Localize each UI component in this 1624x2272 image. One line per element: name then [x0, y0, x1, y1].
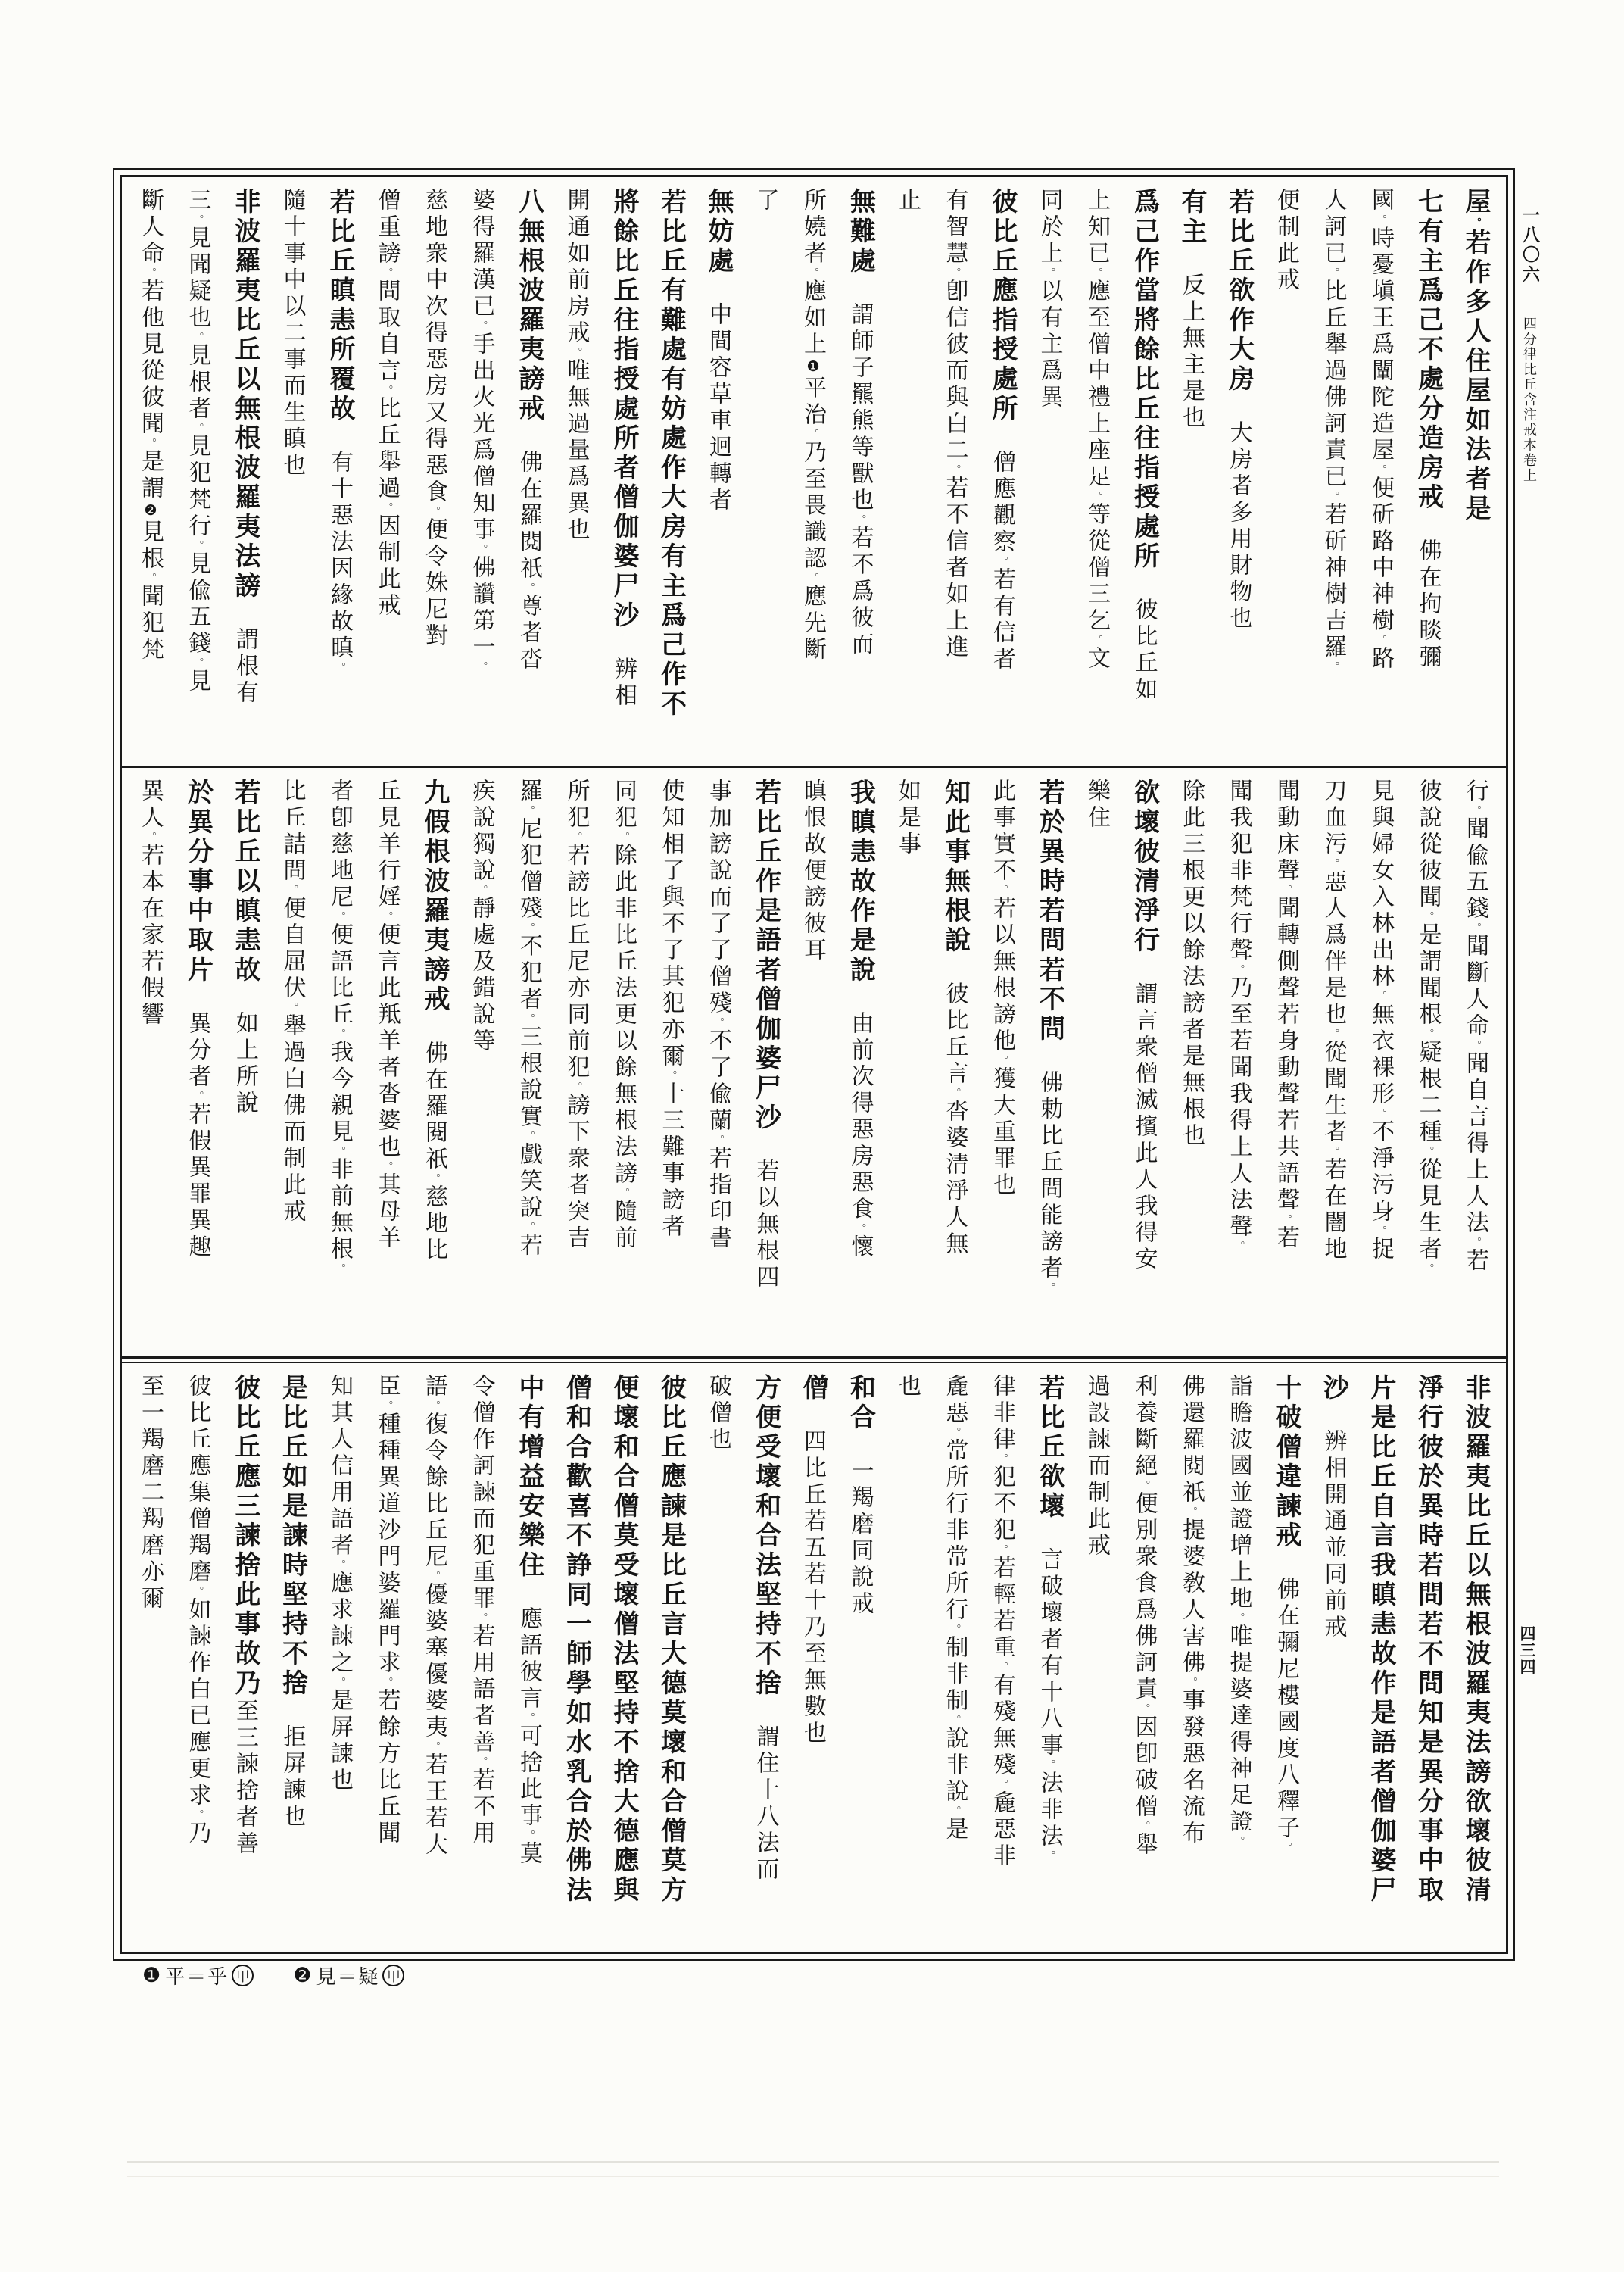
commentary-text: 此事實不。若以無根謗他。獲大重罪也 [990, 779, 1015, 1199]
punctuation-mark: 。 [192, 1586, 204, 1597]
text-column: 至一羯磨二羯磨亦爾 [126, 1374, 174, 1949]
text-column: 斷人命。若他見從彼聞。是謂❷見根。聞犯梵 [126, 188, 174, 763]
commentary-text: 人訶已。比丘舉過佛訶責已。若斫神樹吉羅。 [1321, 188, 1346, 673]
precept-text: 便壞和合僧莫受壞僧法堅持不捨大德應與 [609, 1374, 637, 1905]
text-column: 疾說獨說。靜處及錯說等 [457, 779, 505, 1353]
text-column: 中有增益安樂住應語彼言。可捨此事。莫 [505, 1374, 553, 1949]
punctuation-mark: 。 [192, 332, 204, 343]
commentary-text: 瞋恨故便謗彼耳 [800, 779, 825, 964]
commentary-text: 辨相 [611, 657, 636, 710]
precept-text: 彼比丘應指授處所 [988, 188, 1016, 424]
precept-text: 和合 [846, 1374, 874, 1433]
text-column: 非波羅夷比丘以無根波羅夷法謗謂根有 [221, 188, 269, 763]
precept-text: 若比丘以瞋恚故 [231, 779, 259, 985]
precept-text: 七有主爲己不處分造房戒 [1414, 188, 1442, 513]
commentary-text: 破僧也 [706, 1374, 731, 1453]
footnote-text: 平＝乎 [165, 1961, 229, 1990]
text-column: 片是比丘自言我瞋恚故作是語者僧伽婆尸 [1357, 1374, 1404, 1949]
punctuation-mark: 。 [523, 922, 535, 934]
punctuation-mark: 。 [1186, 1506, 1197, 1518]
commentary-text: 佛在拘睒彌 [1416, 538, 1441, 671]
precept-text: 九假根波羅夷謗戒 [420, 779, 448, 1015]
text-column: 於異分事中取片異分者。若假異罪異趣 [173, 779, 221, 1353]
punctuation-mark: 。 [334, 662, 345, 673]
precept-text: 有主 [1177, 188, 1205, 247]
text-column: 開通如前房戒。唯無過量爲異也 [552, 188, 600, 763]
commentary-text: 謂住十八法而 [753, 1724, 778, 1883]
punctuation-mark: 。 [712, 1134, 724, 1146]
band-bottom: 非波羅夷比丘以無根波羅夷法謗欲壞彼清淨行彼於異時若問若不問知是異分事中取片是比丘… [122, 1363, 1506, 1952]
commentary-text: 至一羯磨二羯磨亦爾 [138, 1374, 163, 1612]
collation-footnote: ❶ 平＝乎 甲 ❷ 見＝疑 甲 [142, 1961, 444, 1990]
punctuation-mark: 。 [476, 1756, 488, 1768]
commentary-text: 止 [895, 188, 920, 214]
band-middle: 行。聞偸五錢。聞斷人命。聞自言得上人法。若彼說從彼聞。是謂聞根。疑根二種。從見生… [122, 768, 1506, 1356]
commentary-text: 樂住 [1084, 779, 1109, 832]
punctuation-mark: 。 [1375, 214, 1386, 226]
text-column: 人訶已。比丘舉過佛訶責已。若斫神樹吉羅。 [1309, 188, 1357, 763]
text-column: 慈地衆中次得惡房又得惡食。便令姝尼對 [410, 188, 458, 763]
precept-text: 若於異時若問若不問 [1036, 779, 1064, 1044]
precept-text: 無妨處 [704, 188, 732, 276]
punctuation-mark: 。 [996, 1453, 1008, 1465]
commentary-text: 言破壞者有十八事。法非法。 [1037, 1547, 1062, 1862]
punctuation-mark: 。 [1280, 1214, 1292, 1225]
punctuation-mark: 。 [1423, 1146, 1434, 1157]
text-column: 行。聞偸五錢。聞斷人命。聞自言得上人法。若 [1451, 779, 1499, 1353]
punctuation-mark: 。 [1044, 1850, 1055, 1862]
commentary-text: 比丘詰問。便自屈伏。舉過白佛而制此戒 [280, 779, 305, 1225]
text-column: 僧和合歡喜不諍同一師學如水乳合於佛法 [552, 1374, 600, 1949]
punctuation-mark: 。 [334, 911, 345, 922]
commentary-text: 大房者多用財物也 [1227, 420, 1252, 632]
punctuation-mark: 。 [949, 1715, 961, 1726]
commentary-text: 同於上。以有主爲異 [1037, 188, 1062, 411]
text-column: 知此事無根說彼比丘言。沓婆清淨人無 [930, 779, 978, 1353]
text-frame-inner: 屋。若作多人住屋如法者是七有主爲己不處分造房戒佛在拘睒彌國。時憂塡王爲闡陀造屋。… [120, 175, 1508, 1954]
text-column: 同於上。以有主爲異 [1025, 188, 1073, 763]
commentary-text: 羅。尼犯僧殘。不犯者。三根說實。戲笑說。若 [516, 779, 541, 1259]
commentary-text: 彼比丘言。沓婆清淨人無 [943, 982, 968, 1258]
precept-text: 片是比丘自言我瞋恚故作是語者僧伽婆尸 [1367, 1374, 1395, 1905]
precept-text: 將餘比丘往指授處所者僧伽婆尸沙 [609, 188, 637, 631]
commentary-text: 慈地衆中次得惡房又得惡食。便令姝尼對 [422, 188, 447, 650]
commentary-text: 丘見羊行婬。便言此羝羊者沓婆也。其母羊 [375, 779, 400, 1252]
punctuation-mark: 。 [996, 1055, 1008, 1066]
book-title: 四分律比丘含注戒本卷上 [1522, 317, 1537, 483]
text-column: 詣瞻波國並證增上地。唯提婆達得神足證。 [1214, 1374, 1262, 1949]
punctuation-mark: 。 [1091, 635, 1102, 646]
punctuation-mark: 。 [996, 885, 1008, 896]
text-column: 屋。若作多人住屋如法者是 [1451, 188, 1499, 763]
punctuation-mark: 。 [949, 1805, 961, 1817]
commentary-text: 臣。種種異道沙門婆羅門求。若餘方比丘聞 [375, 1374, 400, 1847]
punctuation-mark: 。 [996, 1779, 1008, 1790]
commentary-text: 彼比丘應集僧羯磨。如諫作白已應更求。乃 [185, 1374, 210, 1847]
text-column: 過設諫而制此戒 [1073, 1374, 1121, 1949]
text-column: 刀血污。惡人爲伴是也。從聞生者。若在闇地 [1309, 779, 1357, 1353]
precept-text: 方便受壞和合法堅持不捨 [752, 1374, 780, 1699]
text-column: 和合一羯磨同說戒 [836, 1374, 884, 1949]
text-column: 十破僧違諫戒佛在彌尼樓國度八釋子。 [1262, 1374, 1310, 1949]
punctuation-mark: 。 [1328, 858, 1339, 869]
punctuation-mark: 。 [382, 267, 393, 279]
text-column: 聞動床聲。聞轉側聲若身動聲若共語聲。若 [1262, 779, 1310, 1353]
commentary-text: 聞動床聲。聞轉側聲若身動聲若共語聲。若 [1273, 779, 1298, 1252]
commentary-text: 佛在羅閱祇。慈地比 [422, 1041, 447, 1264]
footnote-entry: ❷ 見＝疑 甲 [293, 1961, 404, 1990]
punctuation-mark: 。 [192, 657, 204, 669]
commentary-text: 了 [753, 188, 778, 214]
punctuation-mark: 。 [476, 320, 488, 332]
punctuation-mark: 。 [192, 540, 204, 551]
commentary-text: 行。聞偸五錢。聞斷人命。聞自言得上人法。若 [1463, 779, 1488, 1275]
text-column: 瞋恨故便謗彼耳 [789, 779, 837, 1353]
text-column: 婆得羅漢已。手出火光爲僧知事。佛讚第一。 [457, 188, 505, 763]
text-column: 若比丘欲作大房大房者多用財物也 [1214, 188, 1262, 763]
commentary-text: 令僧作訶諫而犯重罪。若用語者善。若不用 [469, 1374, 494, 1847]
punctuation-mark: 。 [1328, 267, 1339, 279]
precept-text: 彼比丘應諫是比丘言大德莫壞和合僧莫方 [657, 1374, 685, 1905]
punctuation-mark: 。 [429, 1741, 440, 1752]
text-column: 聞我犯非梵行聲。乃至若聞我得上人法聲。 [1214, 779, 1262, 1353]
text-column: 除此三根更以餘法謗者是無根也 [1167, 779, 1215, 1353]
punctuation-mark: 。 [665, 1070, 677, 1081]
margin-folio-number: 四三四 [1516, 1625, 1538, 1675]
commentary-text: 有十惡法因緣故瞋。 [327, 450, 352, 673]
precept-text: 無難處 [846, 188, 874, 276]
punctuation-mark: 。 [1233, 964, 1245, 975]
text-column: 破僧也 [694, 1374, 742, 1949]
text-column: 彼比丘應指授處所僧應觀察。若有信者 [978, 188, 1026, 763]
punctuation-mark: 。 [1328, 1028, 1339, 1040]
commentary-text: 佛還羅閱祇。提婆敎人害佛。事發惡名流布 [1179, 1374, 1204, 1847]
text-column: 見與婦女入林出林。無衣裸形。不淨污身。捉 [1357, 779, 1404, 1353]
text-column: 異人。若本在家若假響 [126, 779, 174, 1353]
commentary-text: 彼比丘如 [1132, 598, 1157, 704]
punctuation-mark: 。 [523, 1222, 535, 1233]
punctuation-mark: 。 [1375, 1108, 1386, 1119]
text-column: 彼說從彼聞。是謂聞根。疑根二種。從見生者。 [1404, 779, 1451, 1353]
punctuation-mark: 。 [1233, 1836, 1245, 1847]
text-column: 三。見聞疑也。見根者。見犯梵行。見偸五錢。見 [173, 188, 221, 763]
text-column: 便壞和合僧莫受壞僧法堅持不捨大德應與 [600, 1374, 647, 1949]
commentary-text: 至三諫捨者善 [232, 1699, 257, 1858]
punctuation-mark: 。 [949, 1427, 961, 1438]
text-column: 樂住 [1073, 779, 1121, 1353]
punctuation-mark: 。 [523, 1830, 535, 1841]
text-column: 將餘比丘往指授處所者僧伽婆尸沙辨相 [600, 188, 647, 763]
punctuation-mark: 。 [807, 267, 818, 279]
commentary-text: 過設諫而制此戒 [1084, 1374, 1109, 1559]
punctuation-mark: 。 [1375, 1225, 1386, 1237]
text-column: 上知已。應至僧中禮上座足。等從僧三乞。文 [1073, 188, 1121, 763]
commentary-text: 謂言衆僧滅擯此人我得安 [1132, 982, 1157, 1273]
text-column: 無難處謂師子羆熊等獸也。若不爲彼而 [836, 188, 884, 763]
punctuation-mark: 。 [571, 347, 582, 358]
text-column: 無妨處中間容草車迴轉者 [694, 188, 742, 763]
precept-text: 淨行彼於異時若問若不問知是異分事中取 [1414, 1374, 1442, 1905]
precept-text: 八無根波羅夷謗戒 [515, 188, 543, 424]
text-column: 利養斷絕。便別衆食爲佛訶責。因卽破僧。舉 [1120, 1374, 1167, 1949]
punctuation-mark: 。 [382, 1400, 393, 1412]
precept-text: 屋。若作多人住屋如法者是 [1461, 188, 1489, 524]
punctuation-mark: 。 [1139, 1703, 1150, 1715]
text-column: 同犯。除此非比丘法更以餘無根法謗。隨前 [600, 779, 647, 1353]
text-column: 也 [884, 1374, 931, 1949]
scanned-page: 屋。若作多人住屋如法者是七有主爲己不處分造房戒佛在拘睒彌國。時憂塡王爲闡陀造屋。… [0, 0, 1624, 2272]
text-column: 語。復令餘比丘尼。優婆塞優婆夷。若王若大 [410, 1374, 458, 1949]
text-column: 事加謗說而了了僧殘。不了偸蘭。若指印書 [694, 779, 742, 1353]
punctuation-mark: 。 [334, 1263, 345, 1275]
punctuation-mark: 。 [1186, 1677, 1197, 1688]
text-column: 欲壞彼清淨行謂言衆僧滅擯此人我得安 [1120, 779, 1167, 1353]
commentary-text: 若以無根四 [753, 1159, 778, 1291]
commentary-text: 斷人命。若他見從彼聞。是謂❷見根。聞犯梵 [138, 188, 163, 663]
text-column: 非波羅夷比丘以無根波羅夷法謗欲壞彼清 [1451, 1374, 1499, 1949]
punctuation-mark: 。 [1423, 1028, 1434, 1040]
punctuation-mark: 。 [996, 1544, 1008, 1556]
punctuation-mark: 。 [807, 429, 818, 440]
text-column: 丘見羊行婬。便言此羝羊者沓婆也。其母羊 [363, 779, 410, 1353]
commentary-text: 疾說獨說。靜處及錯說等 [469, 779, 494, 1055]
commentary-text: 使知相了與不了其犯亦爾。十三難事謗者 [659, 779, 684, 1241]
punctuation-mark: 。 [145, 573, 156, 584]
text-column: 是比丘如是諫時堅持不捨拒屏諫也 [268, 1374, 316, 1949]
text-column: 七有主爲己不處分造房戒佛在拘睒彌 [1404, 188, 1451, 763]
text-column: 有智慧。卽信彼而與白二。若不信者如上進 [930, 188, 978, 763]
text-column: 所嬈者。應如上❶平治。乃至畏識認。應先斷 [789, 188, 837, 763]
precept-text: 非波羅夷比丘以無根波羅夷法謗 [231, 188, 259, 601]
precept-text: 僧和合歡喜不諍同一師學如水乳合於佛法 [563, 1374, 591, 1905]
punctuation-mark: 。 [1375, 464, 1386, 476]
text-column: 若比丘作是語者僧伽婆尸沙若以無根四 [741, 779, 789, 1353]
precept-text: 若比丘有難處有妨處作大房有主爲己作不 [657, 188, 685, 719]
scan-artifact-line [127, 2176, 1499, 2177]
text-column: 若於異時若問若不問佛勅比丘問能謗者。 [1025, 779, 1073, 1353]
text-column: 所犯。若謗比丘尼亦同前犯。謗下衆者突吉 [552, 779, 600, 1353]
commentary-text: 異人。若本在家若假響 [138, 779, 163, 1028]
punctuation-mark: 。 [523, 805, 535, 816]
punctuation-mark: 。 [949, 1088, 961, 1099]
precept-text: 中有增益安樂住 [515, 1374, 543, 1581]
punctuation-mark: 。 [1470, 922, 1481, 934]
punctuation-mark: 。 [334, 1146, 345, 1157]
punctuation-mark: 。 [1233, 1612, 1245, 1624]
commentary-text: 四比丘若五若十乃至無數也 [800, 1429, 825, 1747]
punctuation-mark: 。 [382, 1677, 393, 1688]
precept-text: 知此事無根說 [941, 779, 969, 956]
punctuation-mark: 。 [192, 1809, 204, 1821]
commentary-text: 反上無主是也 [1179, 273, 1204, 432]
punctuation-mark: 。 [618, 832, 629, 843]
punctuation-mark: 。 [1470, 217, 1481, 229]
commentary-text: 知其人信用語者。應求諫之。是屏諫也 [327, 1374, 352, 1794]
commentary-text: 三。見聞疑也。見根者。見犯梵行。見偸五錢。見 [185, 188, 210, 695]
punctuation-mark: 。 [429, 506, 440, 517]
text-column: 臣。種種異道沙門婆羅門求。若餘方比丘聞 [363, 1374, 410, 1949]
punctuation-mark: 。 [807, 573, 818, 584]
text-column: 八無根波羅夷謗戒佛在羅閱祇。尊者沓 [505, 188, 553, 763]
commentary-text: 上知已。應至僧中禮上座足。等從僧三乞。文 [1084, 188, 1109, 673]
punctuation-mark: 。 [476, 544, 488, 555]
commentary-text: 所嬈者。應如上❶平治。乃至畏識認。應先斷 [800, 188, 825, 663]
commentary-text: 事加謗說而了了僧殘。不了偸蘭。若指印書 [706, 779, 731, 1252]
punctuation-mark: 。 [192, 423, 204, 434]
punctuation-mark: 。 [145, 267, 156, 279]
commentary-text: 由前次得惡房惡食。懷 [848, 1011, 873, 1261]
text-column: 了 [741, 188, 789, 763]
text-column: 淨行彼於異時若問若不問知是異分事中取 [1404, 1374, 1451, 1949]
punctuation-mark: 。 [1375, 635, 1386, 646]
footnote-ref-marker: ❷ [142, 502, 158, 520]
commentary-text: 謂師子羆熊等獸也。若不爲彼而 [848, 302, 873, 658]
commentary-text: 拒屏諫也 [280, 1724, 305, 1830]
punctuation-mark: 。 [1423, 1263, 1434, 1275]
commentary-text: 辨相開通並同前戒 [1321, 1429, 1346, 1641]
punctuation-mark: 。 [1091, 491, 1102, 502]
punctuation-mark: 。 [996, 1662, 1008, 1673]
commentary-text: 語。復令餘比丘尼。優婆塞優婆夷。若王若大 [422, 1374, 447, 1858]
punctuation-mark: 。 [1044, 267, 1055, 279]
text-column: 使知相了與不了其犯亦爾。十三難事謗者 [647, 779, 694, 1353]
precept-text: 若比丘作是語者僧伽婆尸沙 [752, 779, 780, 1133]
text-column: 九假根波羅夷謗戒佛在羅閱祇。慈地比 [410, 779, 458, 1353]
text-column: 沙辨相開通並同前戒 [1309, 1374, 1357, 1949]
text-column: 爲己作當將餘比丘往指授處所彼比丘如 [1120, 188, 1167, 763]
punctuation-mark: 。 [1328, 1146, 1339, 1157]
punctuation-mark: 。 [1091, 267, 1102, 279]
text-column: 彼比丘應集僧羯磨。如諫作白已應更求。乃 [173, 1374, 221, 1949]
band-top: 屋。若作多人住屋如法者是七有主爲己不處分造房戒佛在拘睒彌國。時憂塡王爲闡陀造屋。… [122, 177, 1506, 766]
commentary-text: 國。時憂塡王爲闡陀造屋。便斫路中神樹。路 [1368, 188, 1393, 673]
commentary-text: 除此三根更以餘法謗者是無根也 [1179, 779, 1204, 1150]
punctuation-mark: 。 [618, 1187, 629, 1199]
footnote-text: 見＝疑 [316, 1961, 379, 1990]
punctuation-mark: 。 [287, 885, 298, 896]
precept-text: 若比丘瞋恚所覆故 [326, 188, 354, 424]
commentary-text: 應語彼言。可捨此事。莫 [516, 1606, 541, 1868]
precept-text: 僧 [799, 1374, 827, 1403]
commentary-text: 刀血污。惡人爲伴是也。從聞生者。若在闇地 [1321, 779, 1346, 1263]
punctuation-mark: 。 [1470, 1040, 1481, 1051]
punctuation-mark: 。 [382, 1161, 393, 1172]
text-column: 彼比丘應三諫捨此事故乃至三諫捨者善 [221, 1374, 269, 1949]
footnote-ref-marker: ❶ [805, 358, 821, 376]
commentary-text: 聞我犯非梵行聲。乃至若聞我得上人法聲。 [1227, 779, 1252, 1252]
precept-text: 若比丘欲作大房 [1225, 188, 1253, 395]
punctuation-mark: 。 [523, 582, 535, 594]
text-column: 令僧作訶諫而犯重罪。若用語者善。若不用 [457, 1374, 505, 1949]
punctuation-mark: 。 [476, 1612, 488, 1624]
text-column: 若比丘以瞋恚故如上所說 [221, 779, 269, 1353]
precept-text: 非波羅夷比丘以無根波羅夷法謗欲壞彼清 [1461, 1374, 1489, 1905]
precept-text: 我瞋恚故作是說 [846, 779, 874, 985]
edition-mark-circled: 甲 [382, 1965, 404, 1986]
commentary-text: 佛在彌尼樓國度八釋子。 [1273, 1577, 1298, 1853]
punctuation-mark: 。 [1328, 491, 1339, 502]
precept-text: 十破僧違諫戒 [1272, 1374, 1300, 1551]
punctuation-mark: 。 [1470, 805, 1481, 816]
punctuation-mark: 。 [1280, 1842, 1292, 1853]
punctuation-mark: 。 [476, 661, 488, 673]
precept-text: 爲己作當將餘比丘往指授處所 [1130, 188, 1158, 572]
text-column: 便制此戒 [1262, 188, 1310, 763]
punctuation-mark: 。 [192, 1091, 204, 1102]
text-column: 若比丘有難處有妨處作大房有主爲己作不 [647, 188, 694, 763]
commentary-text: 律非律。犯不犯。若輕若重。有殘無殘。麁惡非 [990, 1374, 1015, 1870]
punctuation-mark: 。 [712, 1017, 724, 1028]
text-column: 止 [884, 188, 931, 763]
scan-artifact-line [127, 2161, 1499, 2163]
punctuation-mark: 。 [429, 1173, 440, 1184]
text-column: 彼比丘應諫是比丘言大德莫壞和合僧莫方 [647, 1374, 694, 1949]
commentary-text: 婆得羅漢已。手出火光爲僧知事。佛讚第一。 [469, 188, 494, 673]
punctuation-mark: 。 [382, 502, 393, 513]
commentary-text: 見與婦女入林出林。無衣裸形。不淨污身。捉 [1368, 779, 1393, 1263]
commentary-text: 謂根有 [232, 627, 257, 707]
text-frame: 屋。若作多人住屋如法者是七有主爲己不處分造房戒佛在拘睒彌國。時憂塡王爲闡陀造屋。… [113, 168, 1515, 1961]
commentary-text: 開通如前房戒。唯無過量爲異也 [564, 188, 589, 544]
commentary-text: 麁惡。常所行非常所行。制非制。說非說。是 [943, 1374, 968, 1843]
punctuation-mark: 。 [334, 1028, 345, 1040]
commentary-text: 一羯磨同說戒 [848, 1459, 873, 1618]
punctuation-mark: 。 [192, 214, 204, 226]
text-column: 者卽慈地尼。便語比丘。我今親見。非前無根。 [316, 779, 363, 1353]
precept-text: 於異分事中取片 [184, 779, 212, 985]
punctuation-mark: 。 [1470, 1237, 1481, 1248]
text-column: 有主反上無主是也 [1167, 188, 1215, 763]
punctuation-mark: 。 [1044, 1759, 1055, 1771]
text-column: 麁惡。常所行非常所行。制非制。說非說。是 [930, 1374, 978, 1949]
text-column: 若比丘瞋恚所覆故有十惡法因緣故瞋。 [316, 188, 363, 763]
punctuation-mark: 。 [523, 1013, 535, 1025]
text-column: 僧四比丘若五若十乃至無數也 [789, 1374, 837, 1949]
punctuation-mark: 。 [382, 385, 393, 396]
punctuation-mark: 。 [334, 1559, 345, 1571]
punctuation-mark: 。 [476, 885, 488, 896]
text-column: 比丘詰問。便自屈伏。舉過白佛而制此戒 [268, 779, 316, 1353]
punctuation-mark: 。 [1139, 1480, 1150, 1491]
punctuation-mark: 。 [429, 1571, 440, 1582]
punctuation-mark: 。 [523, 1131, 535, 1142]
commentary-text: 如是事 [895, 779, 920, 858]
text-column: 若比丘欲壞言破壞者有十八事。法非法。 [1025, 1374, 1073, 1949]
commentary-text: 佛勅比丘問能謗者。 [1037, 1070, 1062, 1294]
commentary-text: 中間容草車迴轉者 [706, 302, 731, 514]
precept-text: 若比丘欲壞 [1036, 1374, 1064, 1521]
punctuation-mark: 。 [145, 832, 156, 843]
commentary-text: 如上所說 [232, 1011, 257, 1117]
punctuation-mark: 。 [287, 1002, 298, 1013]
commentary-text: 所犯。若謗比丘尼亦同前犯。謗下衆者突吉 [564, 779, 589, 1252]
precept-text: 彼比丘應三諫捨此事故乃 [231, 1374, 259, 1699]
commentary-text: 便制此戒 [1273, 188, 1298, 294]
commentary-text: 者卽慈地尼。便語比丘。我今親見。非前無根。 [327, 779, 352, 1275]
text-column: 我瞋恚故作是說由前次得惡房惡食。懷 [836, 779, 884, 1353]
punctuation-mark: 。 [571, 832, 582, 843]
text-column: 隨十事中以二事而生瞋也 [268, 188, 316, 763]
footnote-marker-2: ❷ [293, 1964, 313, 1987]
punctuation-mark: 。 [571, 1081, 582, 1093]
commentary-text: 利養斷絕。便別衆食爲佛訶責。因卽破僧。舉 [1132, 1374, 1157, 1858]
commentary-text: 同犯。除此非比丘法更以餘無根法謗。隨前 [611, 779, 636, 1252]
punctuation-mark: 。 [1280, 885, 1292, 896]
text-column: 佛還羅閱祇。提婆敎人害佛。事發惡名流布 [1167, 1374, 1215, 1949]
punctuation-mark: 。 [429, 1400, 440, 1412]
commentary-text: 詣瞻波國並證增上地。唯提婆達得神足證。 [1227, 1374, 1252, 1847]
punctuation-mark: 。 [949, 267, 961, 279]
